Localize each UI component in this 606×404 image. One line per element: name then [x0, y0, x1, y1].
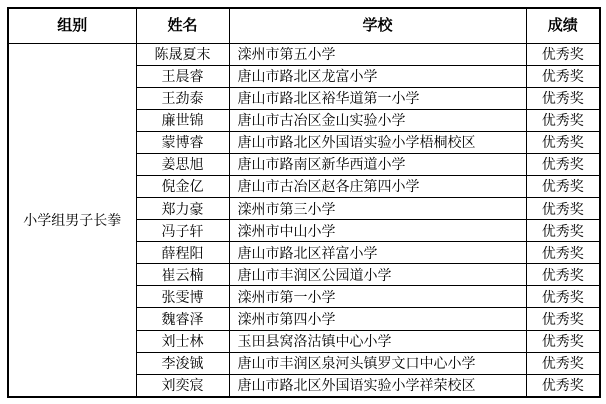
results-table-container: 组别 姓名 学校 成绩 小学组男子长拳陈晟夏末滦州市第五小学优秀奖王晨睿唐山市路…: [7, 7, 601, 398]
school-cell: 唐山市路北区外国语实验小学祥荣校区: [229, 374, 526, 397]
school-cell: 唐山市路北区外国语实验小学梧桐校区: [229, 131, 526, 153]
award-cell: 优秀奖: [526, 330, 600, 352]
name-cell: 崔云楠: [136, 264, 229, 286]
results-table-body: 小学组男子长拳陈晟夏末滦州市第五小学优秀奖王晨睿唐山市路北区龙富小学优秀奖王劲泰…: [8, 43, 600, 397]
column-header-award: 成绩: [526, 8, 600, 43]
results-table-header: 组别 姓名 学校 成绩: [8, 8, 600, 43]
name-cell: 刘士林: [136, 330, 229, 352]
name-cell: 魏睿泽: [136, 308, 229, 330]
award-cell: 优秀奖: [526, 308, 600, 330]
group-cell: 小学组男子长拳: [8, 43, 136, 397]
award-cell: 优秀奖: [526, 352, 600, 374]
award-cell: 优秀奖: [526, 286, 600, 308]
school-cell: 唐山市古冶区金山实验小学: [229, 109, 526, 131]
column-header-school: 学校: [229, 8, 526, 43]
name-cell: 张雯博: [136, 286, 229, 308]
school-cell: 唐山市丰润区公园道小学: [229, 264, 526, 286]
name-cell: 冯子轩: [136, 220, 229, 242]
name-cell: 蒙博睿: [136, 131, 229, 153]
column-header-group: 组别: [8, 8, 136, 43]
school-cell: 滦州市第一小学: [229, 286, 526, 308]
school-cell: 滦州市第三小学: [229, 198, 526, 220]
name-cell: 李浚铖: [136, 352, 229, 374]
school-cell: 玉田县窝洛沽镇中心小学: [229, 330, 526, 352]
name-cell: 王劲泰: [136, 87, 229, 109]
school-cell: 唐山市路北区裕华道第一小学: [229, 87, 526, 109]
results-table: 组别 姓名 学校 成绩 小学组男子长拳陈晟夏末滦州市第五小学优秀奖王晨睿唐山市路…: [7, 7, 601, 398]
table-row: 小学组男子长拳陈晟夏末滦州市第五小学优秀奖: [8, 43, 600, 65]
award-cell: 优秀奖: [526, 87, 600, 109]
award-cell: 优秀奖: [526, 374, 600, 397]
award-cell: 优秀奖: [526, 109, 600, 131]
column-header-name: 姓名: [136, 8, 229, 43]
name-cell: 倪金亿: [136, 175, 229, 197]
name-cell: 姜思旭: [136, 153, 229, 175]
school-cell: 唐山市古冶区赵各庄第四小学: [229, 175, 526, 197]
school-cell: 唐山市丰润区泉河头镇罗文口中心小学: [229, 352, 526, 374]
award-cell: 优秀奖: [526, 175, 600, 197]
name-cell: 廉世锦: [136, 109, 229, 131]
award-cell: 优秀奖: [526, 264, 600, 286]
award-cell: 优秀奖: [526, 153, 600, 175]
school-cell: 滦州市第五小学: [229, 43, 526, 65]
school-cell: 滦州市第四小学: [229, 308, 526, 330]
name-cell: 王晨睿: [136, 65, 229, 87]
award-cell: 优秀奖: [526, 131, 600, 153]
name-cell: 郑力豪: [136, 198, 229, 220]
school-cell: 滦州市中山小学: [229, 220, 526, 242]
award-cell: 优秀奖: [526, 65, 600, 87]
header-row: 组别 姓名 学校 成绩: [8, 8, 600, 43]
school-cell: 唐山市路北区龙富小学: [229, 65, 526, 87]
school-cell: 唐山市路北区祥富小学: [229, 242, 526, 264]
award-cell: 优秀奖: [526, 43, 600, 65]
award-cell: 优秀奖: [526, 198, 600, 220]
name-cell: 薛程阳: [136, 242, 229, 264]
award-cell: 优秀奖: [526, 220, 600, 242]
school-cell: 唐山市路南区新华西道小学: [229, 153, 526, 175]
name-cell: 刘奕宸: [136, 374, 229, 397]
award-cell: 优秀奖: [526, 242, 600, 264]
name-cell: 陈晟夏末: [136, 43, 229, 65]
